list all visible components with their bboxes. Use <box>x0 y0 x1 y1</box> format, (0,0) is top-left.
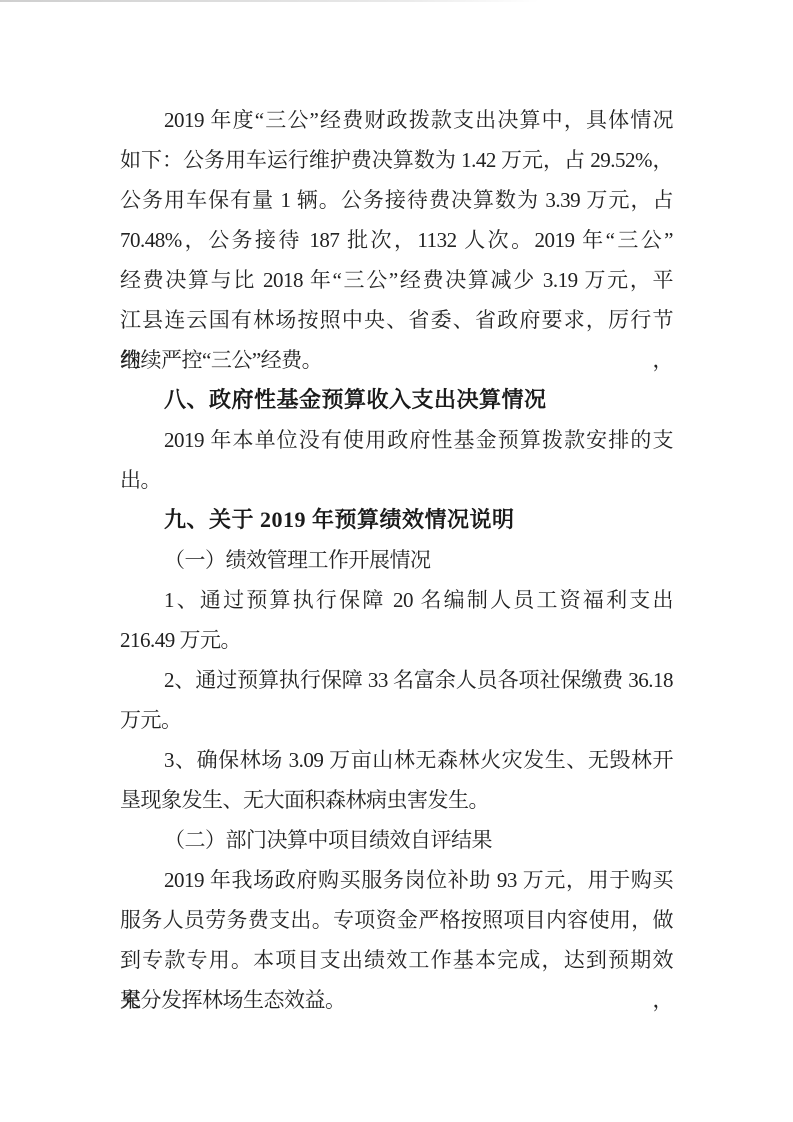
text-line: 2019 年我场政府购买服务岗位补助 93 万元，用于购买 <box>120 860 673 900</box>
scan-edge-artifact <box>0 0 539 2</box>
text-line: 2019 年度“三公”经费财政拨款支出决算中，具体情况 <box>120 100 673 140</box>
text-line: 公务用车保有量 1 辆。公务接待费决算数为 3.39 万元，占 <box>120 180 673 220</box>
section-8-heading: 八、政府性基金预算收入支出决算情况 <box>120 380 673 420</box>
text-line: 江县连云国有林场按照中央、省委、省政府要求，厉行节约， <box>120 300 673 340</box>
document-page: 2019 年度“三公”经费财政拨款支出决算中，具体情况 如下：公务用车运行维护费… <box>0 0 793 1122</box>
subsection-2-heading: （二）部门决算中项目绩效自评结果 <box>120 820 673 860</box>
text-line: 3、确保林场 3.09 万亩山林无森林火灾发生、无毁林开 <box>120 740 673 780</box>
subsection-1-heading: （一）绩效管理工作开展情况 <box>120 540 673 580</box>
text-line: 2019 年本单位没有使用政府性基金预算拨款安排的支 <box>120 420 673 460</box>
text-line: 70.48%，公务接待 187 批次，1132 人次。2019 年“三公” <box>120 220 673 260</box>
text-line: 到专款专用。本项目支出绩效工作基本完成，达到预期效果， <box>120 940 673 980</box>
text-line: 216.49 万元。 <box>120 620 673 660</box>
text-line: 1、通过预算执行保障 20 名编制人员工资福利支出 <box>120 580 673 620</box>
text-line: 万元。 <box>120 700 673 740</box>
text-line: 服务人员劳务费支出。专项资金严格按照项目内容使用，做 <box>120 900 673 940</box>
text-line: 出。 <box>120 460 673 500</box>
page-content: 2019 年度“三公”经费财政拨款支出决算中，具体情况 如下：公务用车运行维护费… <box>120 100 673 1020</box>
text-line: 如下：公务用车运行维护费决算数为 1.42 万元，占 29.52%， <box>120 140 673 180</box>
text-line: 经费决算与比 2018 年“三公”经费决算减少 3.19 万元，平 <box>120 260 673 300</box>
section-9-heading: 九、关于 2019 年预算绩效情况说明 <box>120 500 673 540</box>
text-line: 2、通过预算执行保障 33 名富余人员各项社保缴费 36.18 <box>120 660 673 700</box>
text-line: 垦现象发生、无大面积森林病虫害发生。 <box>120 780 673 820</box>
